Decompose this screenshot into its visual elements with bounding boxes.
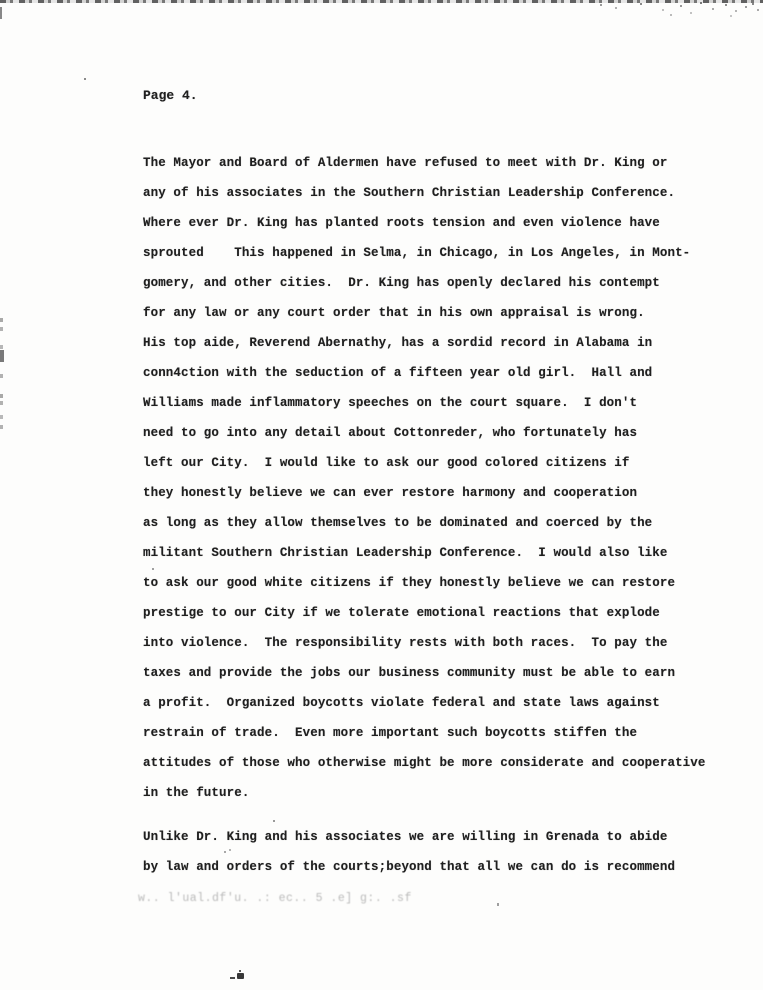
typed-line: prestige to our City if we tolerate emot… bbox=[143, 598, 706, 628]
typed-line: Williams made inflammatory speeches on t… bbox=[143, 388, 706, 418]
scan-noise-top-right bbox=[0, 0, 2, 2]
faded-ghost-text-line: w.. l'ual.df'u. .: ec.. 5 .e] g:. .sf bbox=[138, 892, 412, 906]
typed-line: militant Southern Christian Leadership C… bbox=[143, 538, 706, 568]
typed-line: His top aide, Reverend Abernathy, has a … bbox=[143, 328, 706, 358]
typed-line: into violence. The responsibility rests … bbox=[143, 628, 706, 658]
typed-line: sprouted This happened in Selma, in Chic… bbox=[143, 238, 706, 268]
typed-line: a profit. Organized boycotts violate fed… bbox=[143, 688, 706, 718]
scan-speck bbox=[152, 568, 154, 570]
scan-speck bbox=[224, 851, 226, 853]
typed-line: for any law or any court order that in h… bbox=[143, 298, 706, 328]
typed-line: in the future. bbox=[143, 778, 706, 808]
typed-line: any of his associates in the Southern Ch… bbox=[143, 178, 706, 208]
typed-line: taxes and provide the jobs our business … bbox=[143, 658, 706, 688]
scan-speck bbox=[84, 78, 86, 80]
scan-artifact-left-tick bbox=[0, 7, 2, 19]
scan-artifact-left-block bbox=[0, 350, 4, 362]
typed-line: need to go into any detail about Cottonr… bbox=[143, 418, 706, 448]
scan-speck bbox=[273, 820, 275, 822]
scan-mark-bottom bbox=[230, 977, 235, 979]
typed-line: attitudes of those who otherwise might b… bbox=[143, 748, 706, 778]
paragraph-main: The Mayor and Board of Aldermen have ref… bbox=[143, 148, 706, 808]
typed-line: to ask our good white citizens if they h… bbox=[143, 568, 706, 598]
page-number-label: Page 4. bbox=[143, 86, 198, 106]
typed-line: as long as they allow themselves to be d… bbox=[143, 508, 706, 538]
scanned-document-page: Page 4. The Mayor and Board of Aldermen … bbox=[0, 0, 763, 990]
scan-artifact-top-edge bbox=[0, 0, 763, 3]
typed-line: by law and orders of the courts;beyond t… bbox=[143, 852, 675, 882]
typed-line: The Mayor and Board of Aldermen have ref… bbox=[143, 148, 706, 178]
scan-mark-bottom bbox=[239, 970, 241, 972]
paragraph-closing: Unlike Dr. King and his associates we ar… bbox=[143, 822, 675, 882]
typed-line: Unlike Dr. King and his associates we ar… bbox=[143, 822, 675, 852]
scan-mark-bottom bbox=[237, 973, 244, 979]
typed-line: left our City. I would like to ask our g… bbox=[143, 448, 706, 478]
typed-line: conn4ction with the seduction of a fifte… bbox=[143, 358, 706, 388]
typed-line: restrain of trade. Even more important s… bbox=[143, 718, 706, 748]
scan-speck bbox=[497, 903, 499, 906]
scan-artifacts-left-edge bbox=[0, 318, 3, 322]
typed-line: Where ever Dr. King has planted roots te… bbox=[143, 208, 706, 238]
typed-line: they honestly believe we can ever restor… bbox=[143, 478, 706, 508]
typed-line: gomery, and other cities. Dr. King has o… bbox=[143, 268, 706, 298]
